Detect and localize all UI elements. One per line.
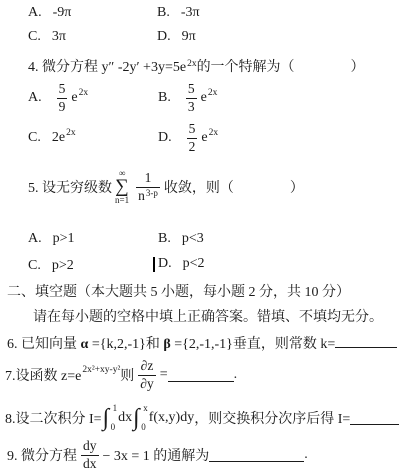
q5-option-a-label: A. [28,231,42,247]
q3-option-a: A.-9π [28,5,71,21]
q4-option-a-base: e [71,90,77,106]
q5-option-a: A.p>1 [28,231,75,247]
sigma-icon: ∑ [115,178,129,196]
q8-suffix: ，则交换积分次序后得 I= [194,408,350,428]
q8-prefix: 8.设二次积分 I= [5,408,102,428]
q9-derivative-fraction: dy dx [81,439,99,470]
q4-option-a-fraction: 5 9 [57,82,68,113]
text-cursor [153,257,155,272]
q5-den-exponent: 3-p [146,188,158,198]
q3-option-a-label: A. [28,5,42,21]
integral-icon: ∫ [103,405,110,431]
q5-stem-suffix: 收敛，则（ ） [164,177,304,197]
question-8: 8.设二次积分 I= ∫ 1 0 dx ∫ x 0 f(x,y)dy ，则交换积… [5,401,399,435]
q3-option-c-label: C. [28,29,41,45]
q6-beta: β [163,337,170,352]
q7-mid: 则 [120,365,134,385]
q9-period: . [304,447,308,463]
q3-option-d: D.9π [157,29,196,45]
integral-symbol-outer: ∫ 1 0 [103,406,118,430]
q7-partial-fraction: ∂z ∂y [138,359,155,390]
q8-dx: dx [118,410,132,426]
q6-answer-blank [335,334,397,348]
q6-prefix: 6. 已知向量 [7,337,81,352]
q5-option-b-value: p<3 [182,231,204,247]
q7-exponent: 2x²+xy-y² [82,365,120,375]
integral-symbol-inner: ∫ x 0 [133,406,148,430]
q4-option-c-exponent: 2x [66,128,76,138]
q9-mid: − 3x = 1 的通解为 [103,445,210,465]
section-2-instruction: 请在每小题的空格中填上正确答案。错填、不填均无分。 [33,306,383,326]
q4-option-a: A. 5 9 e2x [28,82,88,114]
question-5-stem: 5. 设无穷级数 ∞ ∑ n=1 1 n3-p 收敛，则（ ） [28,166,304,208]
integral-icon: ∫ [133,405,140,431]
q5-option-c-value: p>2 [52,258,74,274]
q4-option-d-label: D. [158,130,172,146]
q6-mid1: ={k,2,-1}和 [88,337,163,352]
q4-option-d: D. 5 2 e2x [158,122,218,154]
question-7: 7.设函数 z=e2x²+xy-y² 则 ∂z ∂y = . [5,356,237,394]
integral-lower-limit: 0 [141,422,146,432]
q5-option-c: C.p>2 [28,258,74,274]
q4-option-a-label: A. [28,90,42,106]
q4-option-b-base: e [201,90,207,106]
exam-page: A.-9π B.-3π C.3π D.9π 4. 微分方程 y″ -2y′ +3… [0,0,399,474]
section-2-heading: 二、填空题（本大题共 5 小题，每小题 2 分，共 10 分） [7,281,350,301]
q4-stem-suffix: 的一个特解为（ ） [197,60,365,75]
q8-answer-blank [350,411,399,425]
q8-integrand: f(x,y)dy [149,410,195,426]
q5-option-b-label: B. [158,231,171,247]
q9-prefix: 9. 微分方程 [7,445,77,465]
q6-mid2: ={2,-1,-1}垂直，则常数 k= [171,337,336,352]
q4-option-c-value: 2e [52,130,65,146]
q5-option-b: B.p<3 [158,231,204,247]
q4-option-d-exponent: 2x [209,128,219,138]
q3-option-b-value: -3π [181,5,200,21]
q4-option-a-exponent: 2x [79,88,89,98]
q5-option-d: D.p<2 [153,256,205,272]
q9-answer-blank [209,448,304,462]
q3-option-b: B.-3π [157,5,200,21]
q5-option-a-value: p>1 [53,231,75,247]
q4-option-c-label: C. [28,130,41,146]
q3-option-d-label: D. [157,29,171,45]
q5-fraction: 1 n3-p [136,171,160,202]
q3-option-b-label: B. [157,5,170,21]
q4-option-d-fraction: 5 2 [187,122,198,153]
q7-prefix: 7.设函数 z=e [5,365,81,385]
q4-option-c: C. 2e2x [28,122,76,154]
q3-option-c-value: 3π [52,29,66,45]
integral-upper-limit: x [143,403,148,413]
q3-option-c: C.3π [28,29,66,45]
q7-equals: = [160,367,168,383]
q4-option-d-base: e [201,130,207,146]
q5-option-d-label: D. [158,256,172,272]
q5-stem-prefix: 5. 设无穷级数 [28,177,112,197]
q4-option-b-label: B. [158,90,171,106]
q4-option-b: B. 5 3 e2x [158,82,217,114]
question-9: 9. 微分方程 dy dx − 3x = 1 的通解为 . [7,437,308,473]
q5-option-d-value: p<2 [183,256,205,272]
question-4-stem: 4. 微分方程 y″ -2y′ +3y=5e2x的一个特解为（ ） [28,56,365,76]
q4-option-b-exponent: 2x [208,88,218,98]
q3-option-a-value: -9π [53,5,72,21]
integral-upper-limit: 1 [113,403,118,413]
q4-option-b-fraction: 5 3 [186,82,197,113]
q4-stem-prefix: 4. 微分方程 y″ -2y′ +3y=5e [28,60,186,75]
summation-symbol: ∞ ∑ n=1 [115,169,129,205]
integral-lower-limit: 0 [111,422,116,432]
q7-period: . [234,367,238,383]
q7-answer-blank [168,368,234,382]
q5-option-c-label: C. [28,258,41,274]
question-6: 6. 已知向量 α ={k,2,-1}和 β ={2,-1,-1}垂直，则常数 … [7,333,397,353]
q4-stem-exponent: 2x [187,59,197,69]
summation-lower-limit: n=1 [115,196,129,205]
q5-den-base: n [138,188,145,203]
q3-option-d-value: 9π [182,29,196,45]
